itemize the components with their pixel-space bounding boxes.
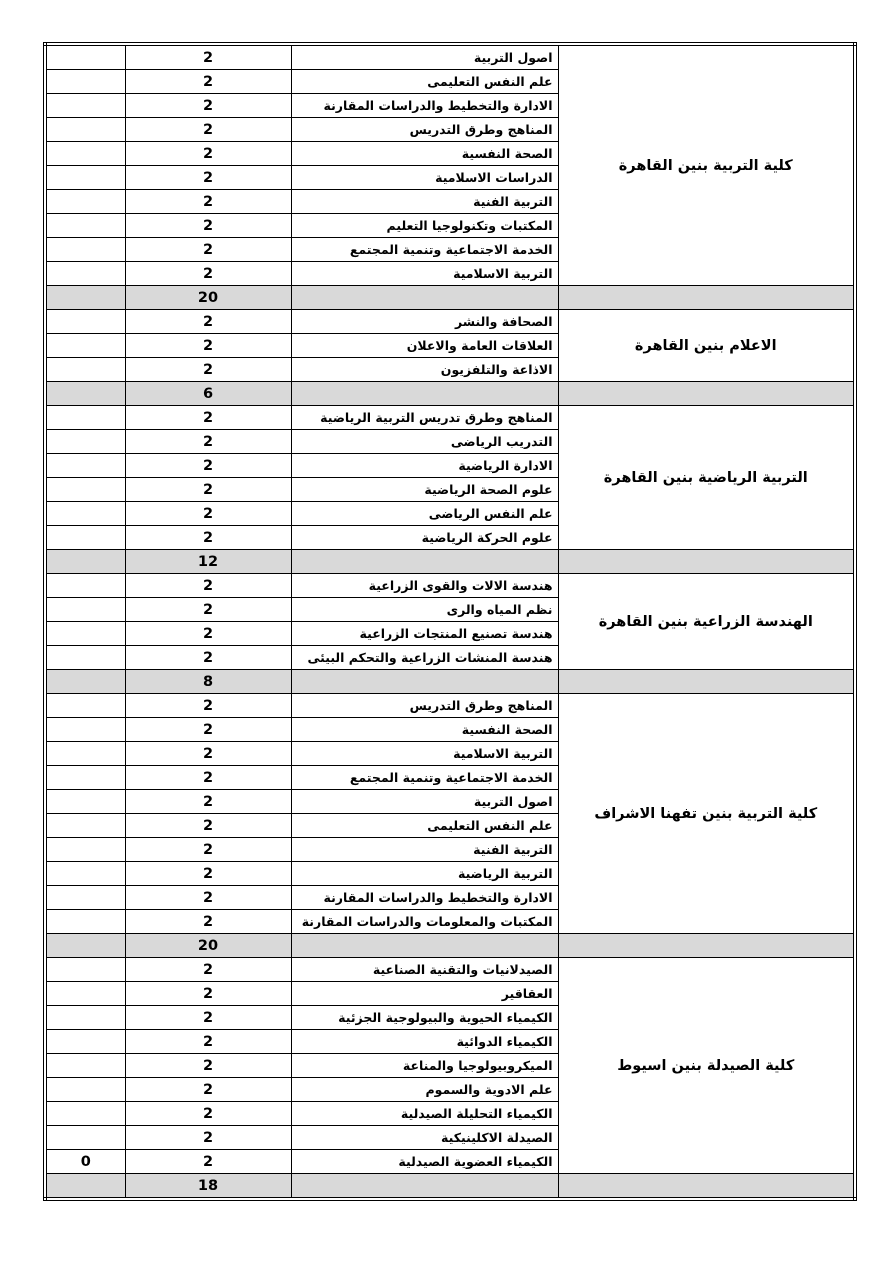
count-cell: 2	[125, 526, 291, 550]
department-name-cell: الادارة والتخطيط والدراسات المقارنة	[291, 886, 558, 910]
department-name-cell: التدريب الرياضى	[291, 430, 558, 454]
count-cell: 2	[125, 478, 291, 502]
group-total-cell: 20	[125, 286, 291, 310]
group-total-cell: 8	[125, 670, 291, 694]
table-row: كلية التربية بنين تفهنا الاشرافالمناهج و…	[45, 694, 855, 718]
group-total-row: 18	[45, 1174, 855, 1200]
department-name-cell: علم النفس التعليمى	[291, 814, 558, 838]
count-cell: 2	[125, 1078, 291, 1102]
department-name-cell: علم الادوية والسموم	[291, 1078, 558, 1102]
extra-value-cell	[45, 70, 125, 94]
extra-value-cell	[45, 694, 125, 718]
count-cell: 2	[125, 1030, 291, 1054]
total-dept-empty-cell	[291, 670, 558, 694]
extra-value-cell	[45, 862, 125, 886]
department-name-cell: علم النفس التعليمى	[291, 70, 558, 94]
department-name-cell: المكتبات والمعلومات والدراسات المقارنة	[291, 910, 558, 934]
count-cell: 2	[125, 1126, 291, 1150]
count-cell: 2	[125, 142, 291, 166]
count-cell: 2	[125, 502, 291, 526]
extra-value-cell	[45, 886, 125, 910]
total-extra-empty-cell	[45, 550, 125, 574]
count-cell: 2	[125, 118, 291, 142]
extra-value-cell	[45, 910, 125, 934]
extra-value-cell	[45, 454, 125, 478]
department-name-cell: الخدمة الاجتماعية وتنمية المجتمع	[291, 238, 558, 262]
count-cell: 2	[125, 310, 291, 334]
extra-value-cell	[45, 982, 125, 1006]
total-dept-empty-cell	[291, 934, 558, 958]
department-name-cell: الكيمياء العضوية الصيدلية	[291, 1150, 558, 1174]
count-cell: 2	[125, 262, 291, 286]
department-name-cell: المناهج وطرق التدريس	[291, 694, 558, 718]
group-total-row: 6	[45, 382, 855, 406]
count-cell: 2	[125, 982, 291, 1006]
extra-value-cell	[45, 406, 125, 430]
extra-value-cell	[45, 742, 125, 766]
count-cell: 2	[125, 598, 291, 622]
total-extra-empty-cell	[45, 670, 125, 694]
department-name-cell: التربية الاسلامية	[291, 742, 558, 766]
count-cell: 2	[125, 166, 291, 190]
extra-value-cell	[45, 166, 125, 190]
count-cell: 2	[125, 406, 291, 430]
count-cell: 2	[125, 358, 291, 382]
extra-value-cell	[45, 502, 125, 526]
department-name-cell: العقاقير	[291, 982, 558, 1006]
count-cell: 2	[125, 718, 291, 742]
department-name-cell: هندسة تصنيع المنتجات الزراعية	[291, 622, 558, 646]
extra-value-cell	[45, 358, 125, 382]
department-name-cell: التربية الفنية	[291, 190, 558, 214]
department-name-cell: علوم الحركة الرياضية	[291, 526, 558, 550]
group-total-cell: 6	[125, 382, 291, 406]
extra-value-cell	[45, 958, 125, 982]
extra-value-cell	[45, 1030, 125, 1054]
document-page: كلية التربية بنين القاهرةاصول التربية2عل…	[0, 0, 893, 1263]
count-cell: 2	[125, 742, 291, 766]
count-cell: 2	[125, 1054, 291, 1078]
total-dept-empty-cell	[291, 1174, 558, 1200]
department-name-cell: اصول التربية	[291, 790, 558, 814]
extra-value-cell	[45, 622, 125, 646]
extra-value-cell	[45, 262, 125, 286]
extra-value-cell	[45, 94, 125, 118]
total-dept-empty-cell	[291, 550, 558, 574]
extra-value-cell	[45, 598, 125, 622]
count-cell: 2	[125, 838, 291, 862]
table-body: كلية التربية بنين القاهرةاصول التربية2عل…	[45, 44, 855, 1199]
group-total-cell: 20	[125, 934, 291, 958]
department-name-cell: التربية الرياضية	[291, 862, 558, 886]
count-cell: 2	[125, 814, 291, 838]
count-cell: 2	[125, 190, 291, 214]
department-name-cell: التربية الفنية	[291, 838, 558, 862]
extra-value-cell	[45, 1126, 125, 1150]
department-name-cell: علوم الصحة الرياضية	[291, 478, 558, 502]
count-cell: 2	[125, 44, 291, 70]
extra-value-cell	[45, 646, 125, 670]
department-name-cell: نظم المياه والرى	[291, 598, 558, 622]
count-cell: 2	[125, 910, 291, 934]
department-name-cell: الكيمياء التحليلة الصيدلية	[291, 1102, 558, 1126]
table-row: كلية التربية بنين القاهرةاصول التربية2	[45, 44, 855, 70]
count-cell: 2	[125, 238, 291, 262]
total-extra-empty-cell	[45, 1174, 125, 1200]
extra-value-cell	[45, 478, 125, 502]
department-name-cell: المناهج وطرق تدريس التربية الرياضية	[291, 406, 558, 430]
department-name-cell: هندسة الالات والقوى الزراعية	[291, 574, 558, 598]
count-cell: 2	[125, 70, 291, 94]
extra-value-cell	[45, 430, 125, 454]
department-name-cell: الاذاعة والتلفزيون	[291, 358, 558, 382]
extra-value-cell: 0	[45, 1150, 125, 1174]
count-cell: 2	[125, 334, 291, 358]
total-college-empty-cell	[558, 382, 855, 406]
department-name-cell: الدراسات الاسلامية	[291, 166, 558, 190]
group-total-row: 20	[45, 934, 855, 958]
extra-value-cell	[45, 526, 125, 550]
department-name-cell: الصيدلانيات والتقنية الصناعية	[291, 958, 558, 982]
extra-value-cell	[45, 238, 125, 262]
extra-value-cell	[45, 1054, 125, 1078]
table-row: الهندسة الزراعية بنين القاهرةهندسة الالا…	[45, 574, 855, 598]
count-cell: 2	[125, 430, 291, 454]
department-name-cell: علم النفس الرياضى	[291, 502, 558, 526]
extra-value-cell	[45, 118, 125, 142]
department-name-cell: الميكروبيولوجيا والمناعة	[291, 1054, 558, 1078]
group-total-cell: 12	[125, 550, 291, 574]
extra-value-cell	[45, 838, 125, 862]
group-total-row: 12	[45, 550, 855, 574]
total-extra-empty-cell	[45, 934, 125, 958]
department-name-cell: الصيدلة الاكلينيكية	[291, 1126, 558, 1150]
college-name-cell: كلية التربية بنين القاهرة	[558, 44, 855, 286]
extra-value-cell	[45, 334, 125, 358]
extra-value-cell	[45, 718, 125, 742]
table-row: الاعلام بنين القاهرةالصحافة والنشر2	[45, 310, 855, 334]
total-dept-empty-cell	[291, 382, 558, 406]
department-name-cell: الصحة النفسية	[291, 142, 558, 166]
extra-value-cell	[45, 790, 125, 814]
count-cell: 2	[125, 454, 291, 478]
count-cell: 2	[125, 790, 291, 814]
department-name-cell: المناهج وطرق التدريس	[291, 118, 558, 142]
extra-value-cell	[45, 44, 125, 70]
table-row: كلية الصيدلة بنين اسيوطالصيدلانيات والتق…	[45, 958, 855, 982]
group-total-cell: 18	[125, 1174, 291, 1200]
department-name-cell: العلاقات العامة والاعلان	[291, 334, 558, 358]
total-college-empty-cell	[558, 286, 855, 310]
department-name-cell: الادارة الرياضية	[291, 454, 558, 478]
count-cell: 2	[125, 958, 291, 982]
total-college-empty-cell	[558, 550, 855, 574]
extra-value-cell	[45, 1006, 125, 1030]
extra-value-cell	[45, 1102, 125, 1126]
extra-value-cell	[45, 814, 125, 838]
count-cell: 2	[125, 1102, 291, 1126]
department-name-cell: الكيمياء الحيوية والبيولوجية الجزئية	[291, 1006, 558, 1030]
total-college-empty-cell	[558, 1174, 855, 1200]
department-name-cell: اصول التربية	[291, 44, 558, 70]
group-total-row: 8	[45, 670, 855, 694]
count-cell: 2	[125, 94, 291, 118]
college-name-cell: التربية الرياضية بنين القاهرة	[558, 406, 855, 550]
college-name-cell: الاعلام بنين القاهرة	[558, 310, 855, 382]
count-cell: 2	[125, 622, 291, 646]
department-name-cell: الصحة النفسية	[291, 718, 558, 742]
extra-value-cell	[45, 190, 125, 214]
college-name-cell: كلية التربية بنين تفهنا الاشراف	[558, 694, 855, 934]
count-cell: 2	[125, 862, 291, 886]
total-extra-empty-cell	[45, 382, 125, 406]
total-dept-empty-cell	[291, 286, 558, 310]
table-row: التربية الرياضية بنين القاهرةالمناهج وطر…	[45, 406, 855, 430]
count-cell: 2	[125, 886, 291, 910]
extra-value-cell	[45, 142, 125, 166]
department-name-cell: المكتبات وتكنولوجيا التعليم	[291, 214, 558, 238]
count-cell: 2	[125, 1150, 291, 1174]
extra-value-cell	[45, 766, 125, 790]
department-name-cell: الصحافة والنشر	[291, 310, 558, 334]
department-name-cell: الكيمياء الدوائية	[291, 1030, 558, 1054]
count-cell: 2	[125, 214, 291, 238]
college-name-cell: كلية الصيدلة بنين اسيوط	[558, 958, 855, 1174]
department-name-cell: هندسة المنشات الزراعية والتحكم البيئى	[291, 646, 558, 670]
extra-value-cell	[45, 1078, 125, 1102]
department-name-cell: الخدمة الاجتماعية وتنمية المجتمع	[291, 766, 558, 790]
extra-value-cell	[45, 310, 125, 334]
college-name-cell: الهندسة الزراعية بنين القاهرة	[558, 574, 855, 670]
department-name-cell: التربية الاسلامية	[291, 262, 558, 286]
college-departments-table: كلية التربية بنين القاهرةاصول التربية2عل…	[43, 42, 857, 1201]
extra-value-cell	[45, 574, 125, 598]
count-cell: 2	[125, 1006, 291, 1030]
group-total-row: 20	[45, 286, 855, 310]
count-cell: 2	[125, 646, 291, 670]
total-college-empty-cell	[558, 670, 855, 694]
total-extra-empty-cell	[45, 286, 125, 310]
extra-value-cell	[45, 214, 125, 238]
count-cell: 2	[125, 574, 291, 598]
department-name-cell: الادارة والتخطيط والدراسات المقارنة	[291, 94, 558, 118]
count-cell: 2	[125, 694, 291, 718]
count-cell: 2	[125, 766, 291, 790]
total-college-empty-cell	[558, 934, 855, 958]
